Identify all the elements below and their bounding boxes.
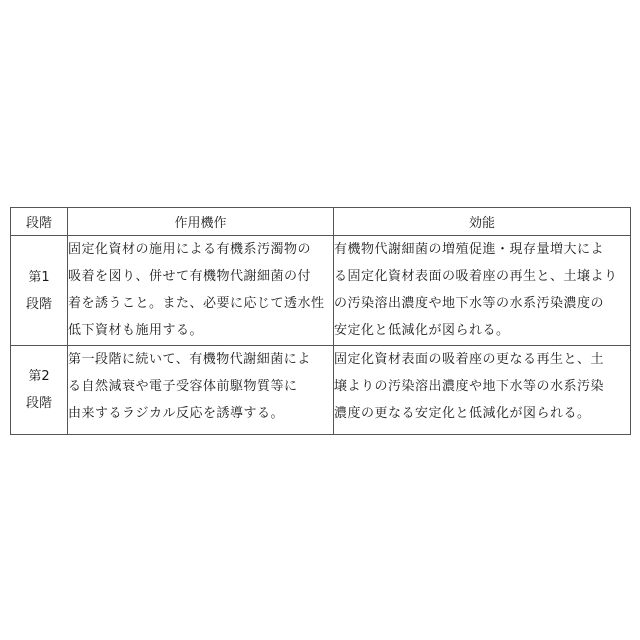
table-row: 第2 段階 第一段階に続いて、有機物代謝細菌によ る自然減衰や電子受容体前駆物質… [11,346,631,435]
stage-label: 段階 [11,390,67,417]
effect-line: 有機物代謝細菌の増殖促進・現存量増大によ [334,236,630,263]
effect-cell: 有機物代謝細菌の増殖促進・現存量増大によ る固定化資材表面の吸着座の再生と、土壌… [334,236,631,346]
mechanism-line: 着を誘うこと。また、必要に応じて透水性 [68,290,333,317]
mechanism-line: 固定化資材の施用による有機系汚濁物の [68,236,333,263]
stages-table: 段階 作用機作 効能 第1 段階 固定化資材の施用による有機系汚濁物の 吸着を図… [10,207,631,435]
mechanism-line: 吸着を図り、併せて有機物代謝細菌の付 [68,263,333,290]
mechanism-line: 由来するラジカル反応を誘導する。 [68,400,333,427]
header-stage: 段階 [11,208,68,236]
effect-line: 壌よりの汚染溶出濃度や地下水等の水系汚染 [334,373,630,400]
effect-line: る固定化資材表面の吸着座の再生と、土壌より [334,263,630,290]
stage-cell: 第1 段階 [11,236,68,346]
stage-label: 段階 [11,291,67,318]
header-row: 段階 作用機作 効能 [11,208,631,236]
mechanism-cell: 固定化資材の施用による有機系汚濁物の 吸着を図り、併せて有機物代謝細菌の付 着を… [68,236,334,346]
mechanism-line: 低下資材も施用する。 [68,317,333,344]
mechanism-cell: 第一段階に続いて、有機物代謝細菌によ る自然減衰や電子受容体前駆物質等に 由来す… [68,346,334,435]
mechanism-line: る自然減衰や電子受容体前駆物質等に [68,373,333,400]
effect-line: 安定化と低減化が図られる。 [334,317,630,344]
effect-line: 濃度の更なる安定化と低減化が図られる。 [334,400,630,427]
table-row: 第1 段階 固定化資材の施用による有機系汚濁物の 吸着を図り、併せて有機物代謝細… [11,236,631,346]
header-mechanism: 作用機作 [68,208,334,236]
mechanism-line: 第一段階に続いて、有機物代謝細菌によ [68,346,333,373]
stage-label: 第1 [11,264,67,291]
effect-cell: 固定化資材表面の吸着座の更なる再生と、土 壌よりの汚染溶出濃度や地下水等の水系汚… [334,346,631,435]
stage-label: 第2 [11,363,67,390]
effect-line: 固定化資材表面の吸着座の更なる再生と、土 [334,346,630,373]
header-effect: 効能 [334,208,631,236]
stage-cell: 第2 段階 [11,346,68,435]
effect-line: の汚染溶出濃度や地下水等の水系汚染濃度の [334,290,630,317]
